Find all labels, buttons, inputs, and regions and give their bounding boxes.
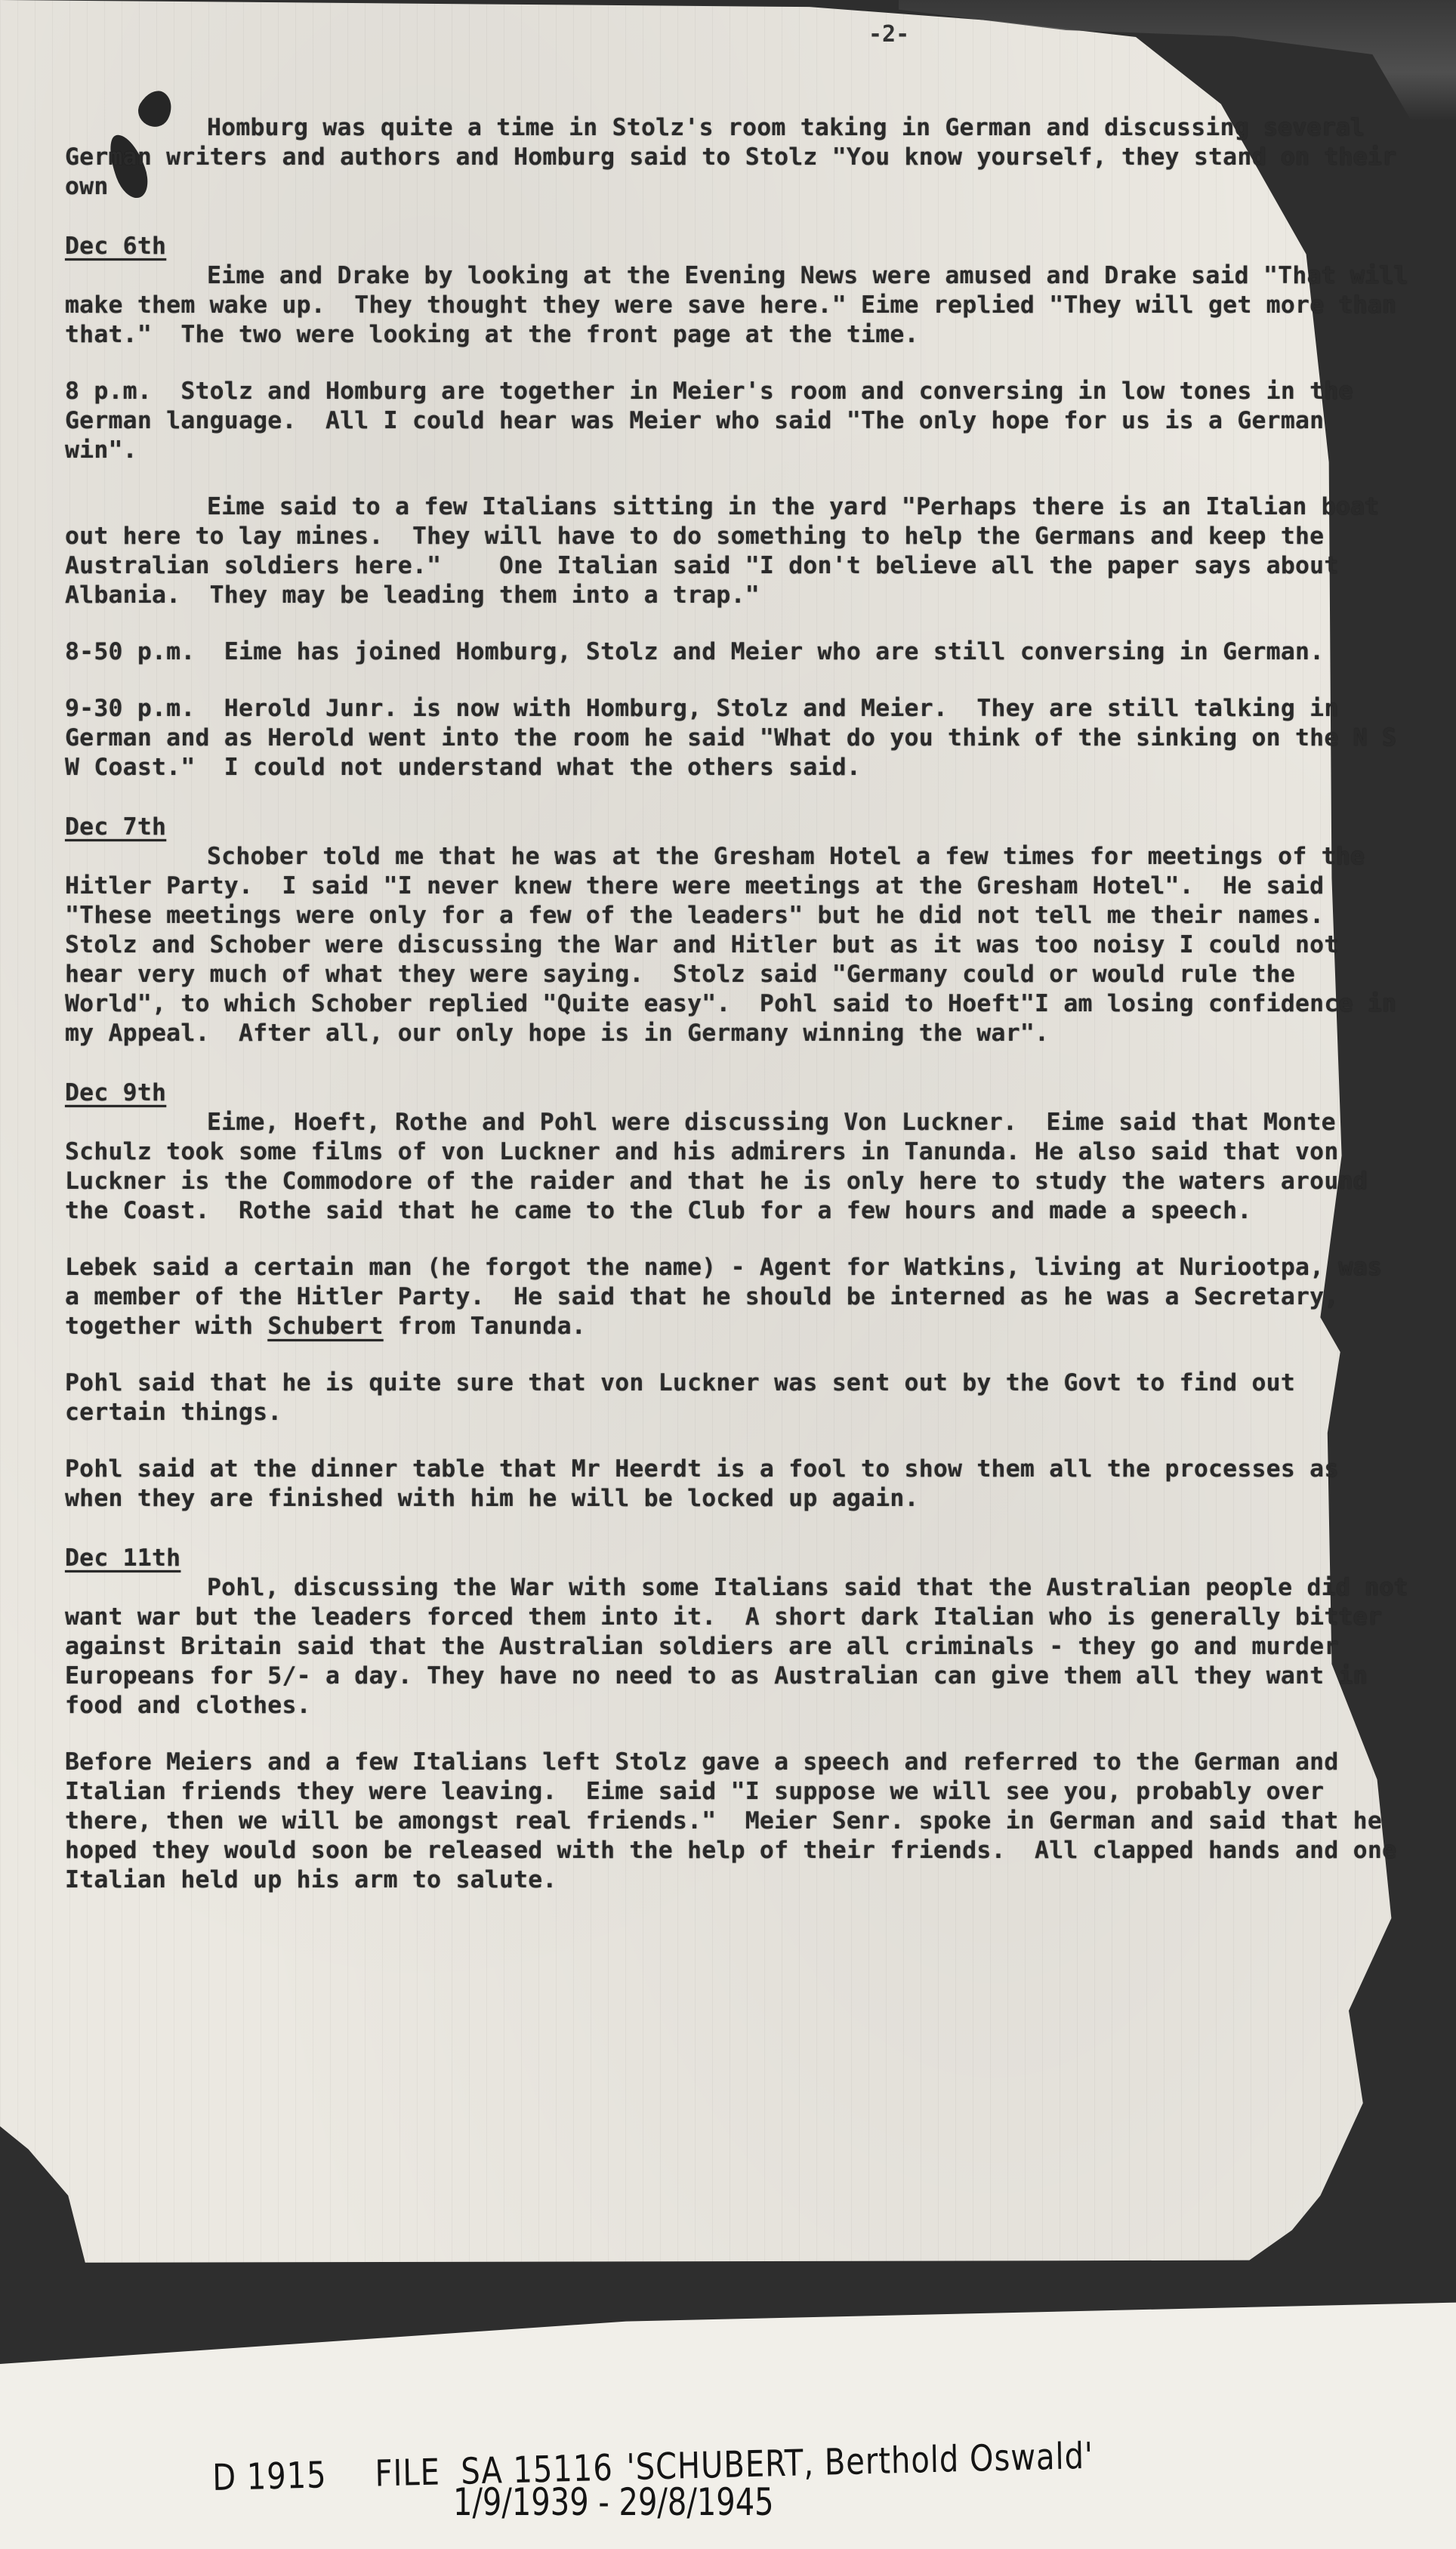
spacer	[65, 1427, 1409, 1455]
annotation-reference: D 1915	[212, 2455, 327, 2499]
entry-date-heading: Dec 7th	[65, 813, 166, 842]
spacer	[65, 782, 1409, 813]
entry-date-heading: Dec 6th	[65, 232, 166, 261]
diary-entry: Dec 11thPohl, discussing the War with so…	[65, 1514, 1409, 1895]
handwritten-annotation: D 1915FILE SA 15116'SCHUBERT, Berthold O…	[0, 2409, 1456, 2549]
spacer	[65, 1720, 1409, 1748]
report-paragraph: Eime and Drake by looking at the Evening…	[65, 261, 1409, 350]
entry-date-heading: Dec 9th	[65, 1079, 166, 1108]
report-paragraph: 8 p.m. Stolz and Homburg are together in…	[65, 377, 1409, 465]
report-paragraph: Eime, Hoeft, Rothe and Pohl were discuss…	[65, 1108, 1409, 1226]
diary-entry: Dec 7thSchober told me that he was at th…	[65, 782, 1409, 1048]
report-paragraph: Homburg was quite a time in Stolz's room…	[65, 113, 1409, 202]
report-paragraph: 9-30 p.m. Herold Junr. is now with Hombu…	[65, 694, 1409, 782]
report-paragraph: 8-50 p.m. Eime has joined Homburg, Stolz…	[65, 637, 1409, 667]
spacer	[65, 350, 1409, 377]
report-paragraph: Pohl said at the dinner table that Mr He…	[65, 1455, 1409, 1514]
spacer	[65, 667, 1409, 694]
spacer	[65, 465, 1409, 492]
annotation-date-range: 1/9/1939 - 29/8/1945	[453, 2481, 774, 2525]
spacer	[65, 1514, 1409, 1544]
continuation-entry: Homburg was quite a time in Stolz's room…	[65, 113, 1409, 202]
report-paragraph: Before Meiers and a few Italians left St…	[65, 1748, 1409, 1895]
page-number: -2-	[868, 21, 909, 48]
spacer	[65, 1341, 1409, 1369]
report-paragraph: Schober told me that he was at the Gresh…	[65, 842, 1409, 1048]
diary-entry: Dec 9thEime, Hoeft, Rothe and Pohl were …	[65, 1048, 1409, 1514]
report-paragraph: Lebek said a certain man (he forgot the …	[65, 1253, 1409, 1341]
underlined-name: Schubert	[267, 1313, 383, 1340]
spacer	[65, 1048, 1409, 1079]
paragraph-text: Lebek said a certain man (he forgot the …	[65, 1254, 1396, 1340]
spacer	[65, 1226, 1409, 1253]
report-paragraph: Eime said to a few Italians sitting in t…	[65, 492, 1409, 610]
spacer	[65, 610, 1409, 637]
spacer	[65, 202, 1409, 232]
document-body: Homburg was quite a time in Stolz's room…	[65, 113, 1409, 1895]
diary-entry: Dec 6thEime and Drake by looking at the …	[65, 202, 1409, 782]
report-paragraph: Pohl, discussing the War with some Itali…	[65, 1573, 1409, 1720]
report-paragraph: Pohl said that he is quite sure that von…	[65, 1369, 1409, 1427]
entry-date-heading: Dec 11th	[65, 1544, 180, 1573]
paragraph-text: from Tanunda.	[384, 1313, 586, 1340]
